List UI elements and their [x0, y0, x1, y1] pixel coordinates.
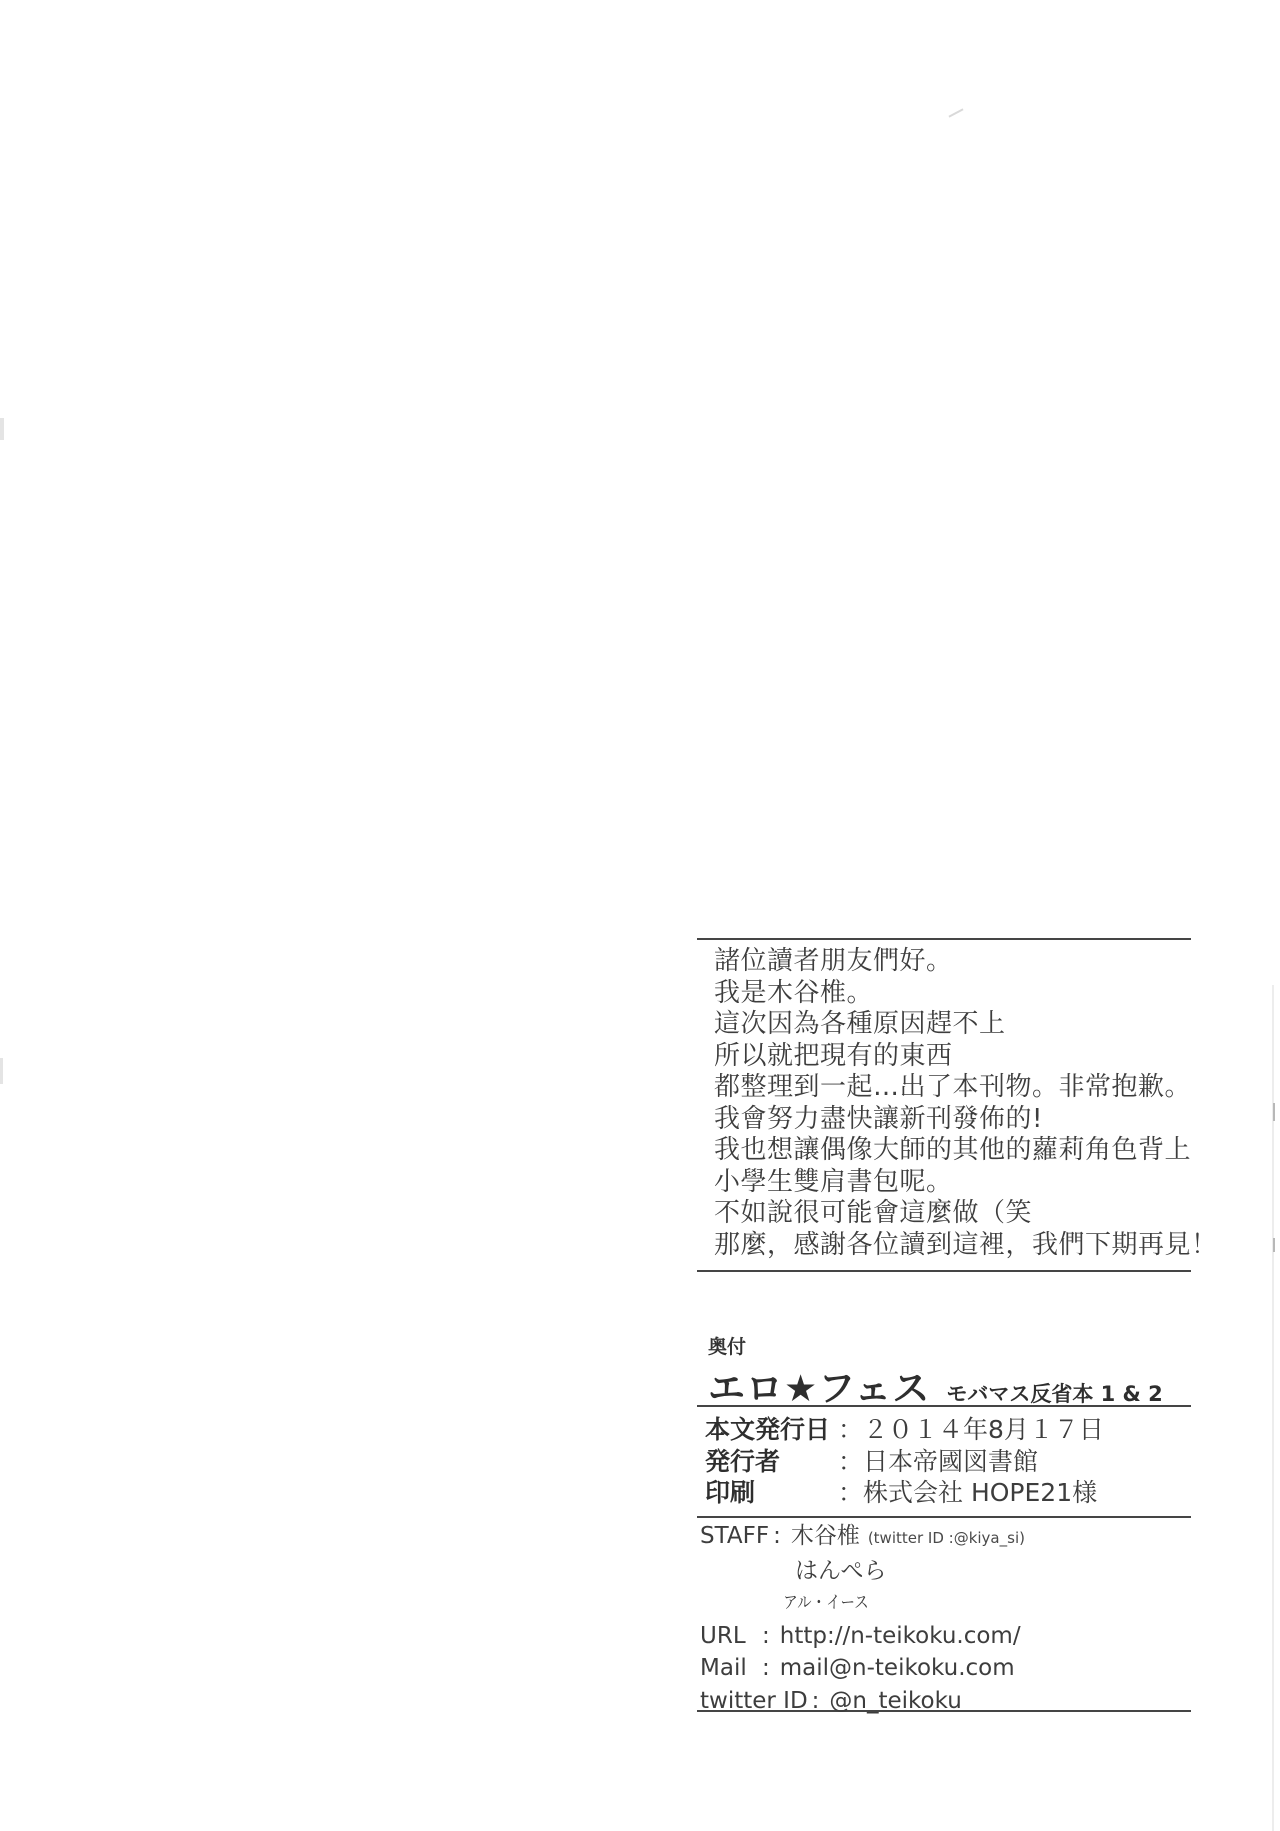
twitter-row: twitter ID : @n_teikoku	[700, 1685, 1195, 1718]
staff-member-lead-note: (twitter ID :@kiya_si)	[868, 1522, 1025, 1555]
scanned-colophon-page: 諸位讀者朋友們好。 我是木谷椎。 這次因為各種原因趕不上 所以就把現有的東西 都…	[0, 0, 1280, 1831]
printer-value: ：株式会社 HOPE21様	[838, 1477, 1097, 1509]
book-subtitle: モバマス反省本 1 & 2	[946, 1378, 1162, 1408]
scan-artifact-tick	[1273, 1238, 1275, 1252]
twitter-value: @n_teikoku	[829, 1685, 961, 1718]
publish-date-row: 本文発行日 ：２０１４年8月１７日	[705, 1414, 1195, 1446]
afterword-line: 所以就把現有的東西	[714, 1041, 1214, 1073]
book-title: エロ★フェス	[708, 1358, 930, 1412]
divider-afterword-bottom	[697, 1270, 1191, 1272]
scan-artifact-mark	[948, 108, 963, 117]
afterword-line: 我是木谷椎。	[714, 978, 1214, 1010]
printer-label: 印刷	[705, 1477, 838, 1509]
mail-value: mail@n-teikoku.com	[780, 1652, 1015, 1685]
staff-member-2: はんぺら	[700, 1555, 1195, 1588]
printer-row: 印刷 ：株式会社 HOPE21様	[705, 1477, 1195, 1509]
scan-artifact-tick	[1273, 1103, 1275, 1121]
publisher-label: 発行者	[705, 1446, 838, 1478]
afterword-line: 我會努力盡快讓新刊發佈的!	[714, 1104, 1214, 1136]
afterword-line: 小學生雙肩書包呢。	[714, 1167, 1214, 1199]
title-row: エロ★フェス モバマス反省本 1 & 2	[708, 1358, 1163, 1412]
staff-label: STAFF	[700, 1520, 769, 1553]
afterword-line: 不如說很可能會這麼做（笑	[714, 1198, 1214, 1230]
afterword-line: 我也想讓偶像大師的其他的蘿莉角色背上	[714, 1135, 1214, 1167]
afterword-line: 這次因為各種原因趕不上	[714, 1009, 1214, 1041]
mail-label: Mail	[700, 1652, 758, 1685]
publisher-row: 発行者 ：日本帝國図書館	[705, 1446, 1195, 1478]
twitter-separator: :	[808, 1685, 830, 1718]
scan-artifact-smudge	[0, 418, 4, 440]
staff-lead-row: STAFF : 木谷椎 (twitter ID :@kiya_si)	[700, 1520, 1195, 1555]
staff-separator: :	[769, 1520, 791, 1553]
publish-date-label: 本文発行日	[705, 1414, 838, 1446]
url-label: URL	[700, 1620, 758, 1653]
colophon-section-label: 奥付	[708, 1332, 746, 1359]
staff-member-3: アル・イース	[700, 1587, 1121, 1620]
divider-afterword-top	[697, 938, 1191, 940]
publishing-info: 本文発行日 ：２０１４年8月１７日 発行者 ：日本帝國図書館 印刷 ：株式会社 …	[705, 1414, 1195, 1509]
mail-separator: :	[758, 1652, 780, 1685]
url-value: http://n-teikoku.com/	[780, 1620, 1021, 1653]
afterword-line: 都整理到一起…出了本刊物。非常抱歉。	[714, 1072, 1214, 1104]
staff-block: STAFF : 木谷椎 (twitter ID :@kiya_si) はんぺら …	[700, 1520, 1195, 1717]
staff-member-lead: 木谷椎	[791, 1520, 860, 1553]
publisher-value: ：日本帝國図書館	[838, 1446, 1038, 1478]
twitter-label: twitter ID	[700, 1685, 808, 1718]
afterword-line: 諸位讀者朋友們好。	[714, 946, 1214, 978]
url-separator: :	[758, 1620, 780, 1653]
divider-publishing-bottom	[697, 1516, 1191, 1518]
scan-artifact-smudge	[0, 1058, 3, 1084]
mail-row: Mail : mail@n-teikoku.com	[700, 1652, 1195, 1685]
publish-date-value: ：２０１４年8月１７日	[838, 1414, 1104, 1446]
afterword-line: 那麼，感謝各位讀到這裡，我們下期再見！	[714, 1230, 1214, 1262]
url-row: URL : http://n-teikoku.com/	[700, 1620, 1195, 1653]
afterword-message: 諸位讀者朋友們好。 我是木谷椎。 這次因為各種原因趕不上 所以就把現有的東西 都…	[714, 946, 1214, 1261]
